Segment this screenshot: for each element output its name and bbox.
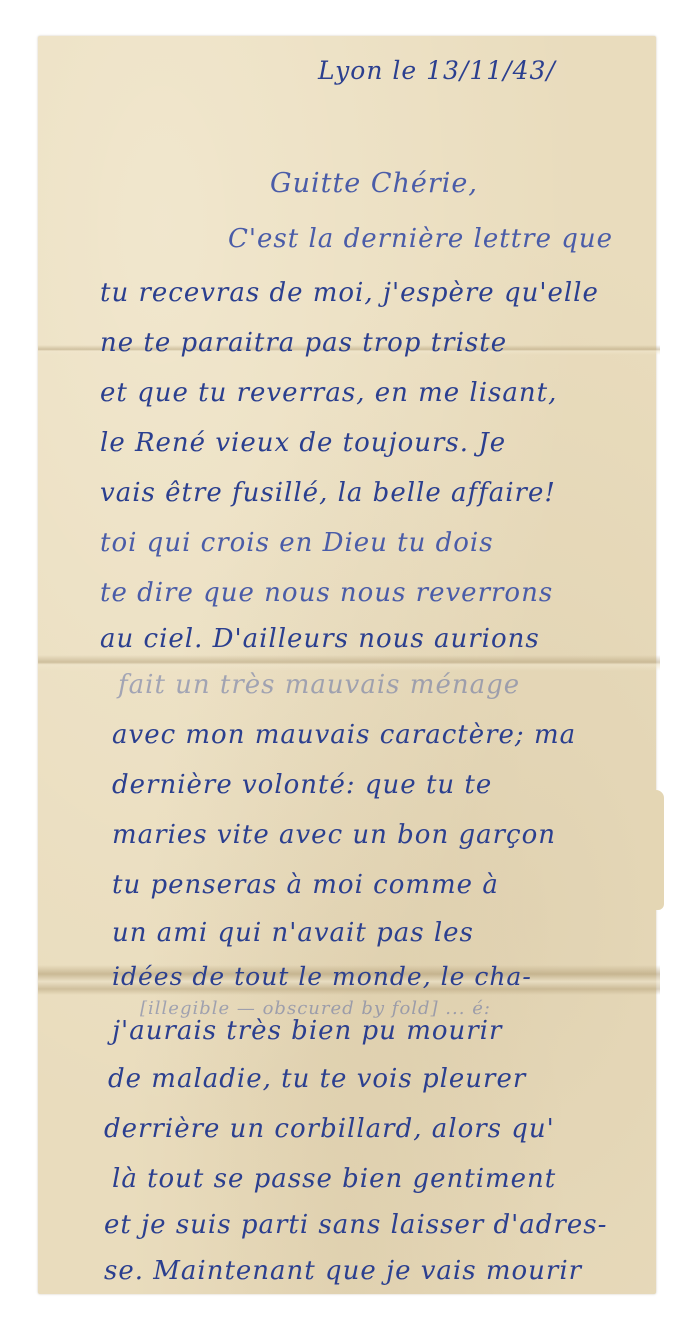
letter-line: au ciel. D'ailleurs nous aurions <box>100 626 540 652</box>
letter-line: te dire que nous nous reverrons <box>100 580 553 606</box>
letter-line: le René vieux de toujours. Je <box>100 430 506 456</box>
letter-date: Lyon le 13/11/43/ <box>318 58 556 83</box>
torn-paper-edge <box>640 790 664 910</box>
letter-line: maries vite avec un bon garçon <box>112 822 556 848</box>
letter-line: j'aurais très bien pu mourir <box>112 1018 502 1044</box>
letter-line: de maladie, tu te vois pleurer <box>108 1066 526 1092</box>
letter-line: avec mon mauvais caractère; ma <box>112 722 576 748</box>
letter-line: là tout se passe bien gentiment <box>112 1166 556 1192</box>
letter-line: et que tu reverras, en me lisant, <box>100 380 557 406</box>
letter-line: se. Maintenant que je vais mourir <box>104 1258 582 1284</box>
paper-fold-line <box>38 655 660 671</box>
letter-line: un ami qui n'avait pas les <box>112 920 474 946</box>
letter-line: derrière un corbillard, alors qu' <box>104 1116 555 1142</box>
letter-line: tu recevras de moi, j'espère qu'elle <box>100 280 599 306</box>
letter-line: toi qui crois en Dieu tu dois <box>100 530 494 556</box>
letter-line: ne te paraitra pas trop triste <box>100 330 507 356</box>
letter-line: et je suis parti sans laisser d'adres- <box>104 1212 607 1238</box>
letter-salutation: Guitte Chérie, <box>270 170 478 197</box>
letter-line: tu penseras à moi comme à <box>112 872 499 898</box>
letter-line: idées de tout le monde, le cha- <box>112 964 532 989</box>
letter-line: vais être fusillé, la belle affaire! <box>100 480 556 506</box>
letter-line-faded: fait un très mauvais ménage <box>118 672 520 698</box>
letter-line: C'est la dernière lettre que <box>228 226 613 252</box>
letter-line: dernière volonté: que tu te <box>112 772 492 798</box>
